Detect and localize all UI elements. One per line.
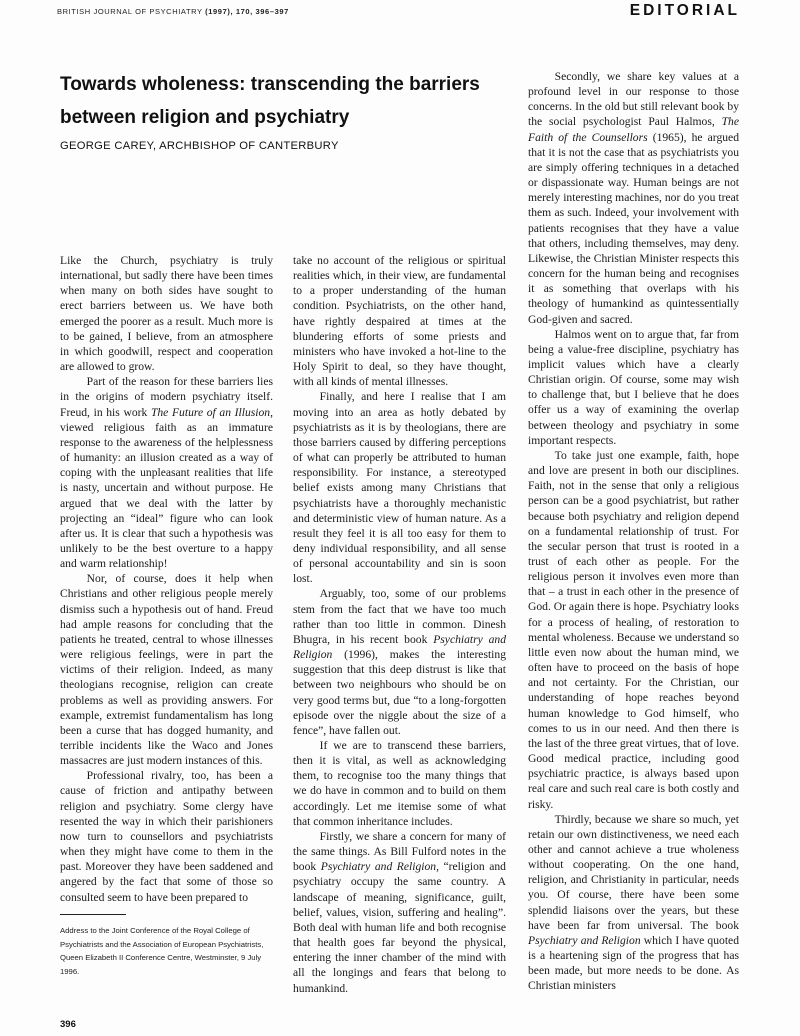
paragraph: Professional rivalry, too, has been a ca… [60, 768, 273, 904]
paragraph: If we are to transcend these barriers, t… [293, 738, 506, 829]
paragraph: Arguably, too, some of our problems stem… [293, 586, 506, 738]
footnote: Address to the Joint Conference of the R… [60, 924, 280, 978]
paragraph: Finally, and here I realise that I am mo… [293, 389, 506, 586]
footnote-divider [60, 914, 126, 915]
running-head: BRITISH JOURNAL OF PSYCHIATRY (1997), 17… [57, 7, 289, 16]
body-column-3: Secondly, we share key values at a profo… [528, 69, 739, 994]
journal-citation: (1997), 170, 396–397 [205, 7, 289, 16]
paragraph: Part of the reason for these barriers li… [60, 374, 273, 571]
page-number: 396 [60, 1019, 76, 1030]
paragraph: To take just one example, faith, hope an… [528, 448, 739, 812]
book-title: The Future of an Illusion [151, 406, 270, 419]
body-column-2: take no account of the religious or spir… [293, 253, 506, 996]
paragraph: take no account of the religious or spir… [293, 253, 506, 389]
paragraph: Like the Church, psychiatry is truly int… [60, 253, 273, 374]
section-label: EDITORIAL [630, 2, 740, 20]
article-title: Towards wholeness: transcending the barr… [60, 68, 510, 134]
paragraph: Nor, of course, does it help when Christ… [60, 571, 273, 768]
article-author: GEORGE CAREY, ARCHBISHOP OF CANTERBURY [60, 140, 339, 152]
paragraph: Secondly, we share key values at a profo… [528, 69, 739, 327]
book-title: Psychiatry and Religion [528, 934, 641, 947]
journal-name: BRITISH JOURNAL OF PSYCHIATRY [57, 7, 202, 16]
paragraph: Thirdly, because we share so much, yet r… [528, 812, 739, 994]
paragraph: Halmos went on to argue that, far from b… [528, 327, 739, 448]
book-title: Psychiatry and Religion [321, 860, 436, 873]
paragraph: Firstly, we share a concern for many of … [293, 829, 506, 996]
body-column-1: Like the Church, psychiatry is truly int… [60, 253, 273, 905]
